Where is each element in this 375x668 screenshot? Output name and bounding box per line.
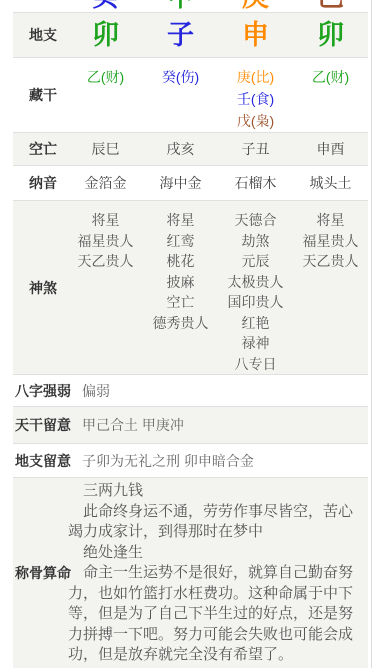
shensha-cell: 天德合 劫煞 元辰 太极贵人 国印贵人 红艳 禄神 八专日 bbox=[218, 201, 293, 374]
canggan-item: 乙(财) bbox=[312, 66, 349, 88]
row-shensha: 神煞 将星 福星贵人 天乙贵人 将星 红鸾 桃花 披麻 空亡 德秀贵人 天德合 bbox=[13, 201, 368, 375]
tiangan-stem: 庚 bbox=[242, 0, 269, 11]
bazi-table: 癸 甲 庚 己 地支 卯 子 申 卯 藏干 乙(财) bbox=[13, 0, 368, 668]
chenggu-content: 三两九钱 此命终身运不通，劳劳作事尽皆空，苦心竭力成家计，到得那时在梦中 绝处逢… bbox=[68, 478, 368, 668]
tiangan-stem-cell: 癸 bbox=[68, 0, 143, 12]
shensha-label: 神煞 bbox=[13, 201, 68, 374]
shensha-item: 元辰 bbox=[242, 251, 270, 272]
canggan-cell: 癸(伤) bbox=[143, 58, 218, 132]
dizhi-branch: 申 bbox=[242, 20, 269, 50]
shensha-cell: 将星 福星贵人 天乙贵人 bbox=[293, 201, 368, 374]
shensha-item: 国印贵人 bbox=[228, 292, 284, 313]
nayin-cell: 城头土 bbox=[293, 166, 368, 200]
shensha-cells: 将星 福星贵人 天乙贵人 将星 红鸾 桃花 披麻 空亡 德秀贵人 天德合 劫煞 … bbox=[68, 201, 368, 374]
tiangan-note-cell: 甲己合土 甲庚冲 bbox=[68, 407, 368, 443]
canggan-cell: 乙(财) bbox=[68, 58, 143, 132]
canggan-item: 乙(财) bbox=[87, 66, 124, 88]
nayin-cells: 金箔金 海中金 石榴木 城头土 bbox=[68, 166, 368, 200]
tiangan-cutoff-cells: 癸 甲 庚 己 bbox=[68, 0, 368, 12]
row-canggan: 藏干 乙(财) 癸(伤) 庚(比) 壬(食) 戊(枭) 乙(财) bbox=[13, 58, 368, 133]
shensha-item: 将星 bbox=[167, 210, 195, 231]
dizhi-cells: 卯 子 申 卯 bbox=[68, 13, 368, 57]
shensha-item: 德秀贵人 bbox=[153, 313, 209, 334]
row-chenggu: 称骨算命 三两九钱 此命终身运不通，劳劳作事尽皆空，苦心竭力成家计，到得那时在梦… bbox=[13, 478, 368, 668]
canggan-cell: 乙(财) bbox=[293, 58, 368, 132]
kongwang-label: 空亡 bbox=[13, 133, 68, 165]
shensha-item: 将星 bbox=[317, 210, 345, 231]
shensha-item: 太极贵人 bbox=[228, 272, 284, 293]
kongwang-cell: 子丑 bbox=[218, 133, 293, 165]
right-edge-line bbox=[371, 0, 372, 668]
dizhi-note-value: 子卯为无礼之刑 卯申暗合金 bbox=[68, 451, 368, 471]
strength-label: 八字强弱 bbox=[13, 375, 68, 406]
shensha-item: 福星贵人 bbox=[78, 231, 134, 252]
dizhi-cell: 申 bbox=[218, 13, 293, 57]
canggan-item: 癸(伤) bbox=[162, 66, 199, 88]
strength-value-cell: 偏弱 bbox=[68, 375, 368, 406]
bazi-page: 癸 甲 庚 己 地支 卯 子 申 卯 藏干 乙(财) bbox=[0, 0, 375, 668]
dizhi-note-cell: 子卯为无礼之刑 卯申暗合金 bbox=[68, 444, 368, 477]
strength-value: 偏弱 bbox=[68, 381, 368, 401]
shensha-item: 劫煞 bbox=[242, 231, 270, 252]
nayin-label: 纳音 bbox=[13, 166, 68, 200]
shensha-cell: 将星 福星贵人 天乙贵人 bbox=[68, 201, 143, 374]
dizhi-cell: 卯 bbox=[68, 13, 143, 57]
canggan-item: 庚(比) bbox=[237, 66, 274, 88]
shensha-item: 桃花 bbox=[167, 251, 195, 272]
kongwang-cell: 戌亥 bbox=[143, 133, 218, 165]
dizhi-cell: 卯 bbox=[293, 13, 368, 57]
shensha-item: 将星 bbox=[92, 210, 120, 231]
dizhi-branch: 卯 bbox=[92, 20, 119, 50]
dizhi-label: 地支 bbox=[13, 13, 68, 57]
row-kongwang: 空亡 辰巳 戌亥 子丑 申酉 bbox=[13, 133, 368, 166]
row-dizhi: 地支 卯 子 申 卯 bbox=[13, 13, 368, 58]
shensha-item: 天乙贵人 bbox=[78, 251, 134, 272]
row-nayin: 纳音 金箔金 海中金 石榴木 城头土 bbox=[13, 166, 368, 201]
nayin-cell: 海中金 bbox=[143, 166, 218, 200]
canggan-cells: 乙(财) 癸(伤) 庚(比) 壬(食) 戊(枭) 乙(财) bbox=[68, 58, 368, 132]
dizhi-branch: 子 bbox=[167, 20, 194, 50]
tiangan-stem-cell: 甲 bbox=[143, 0, 218, 12]
kongwang-cell: 申酉 bbox=[293, 133, 368, 165]
tiangan-stem-cell: 己 bbox=[293, 0, 368, 12]
chenggu-label: 称骨算命 bbox=[13, 478, 68, 668]
canggan-cell: 庚(比) 壬(食) 戊(枭) bbox=[218, 58, 293, 132]
chenggu-weight: 三两九钱 bbox=[68, 481, 364, 502]
kongwang-cell: 辰巳 bbox=[68, 133, 143, 165]
dizhi-note-label: 地支留意 bbox=[13, 444, 68, 477]
chenggu-poem: 此命终身运不通，劳劳作事尽皆空，苦心竭力成家计，到得那时在梦中 bbox=[68, 502, 364, 543]
tiangan-stem: 己 bbox=[317, 0, 344, 11]
shensha-item: 天乙贵人 bbox=[303, 251, 359, 272]
shensha-item: 红艳 bbox=[242, 313, 270, 334]
kongwang-cells: 辰巳 戌亥 子丑 申酉 bbox=[68, 133, 368, 165]
shensha-item: 福星贵人 bbox=[303, 231, 359, 252]
shensha-item: 空亡 bbox=[167, 292, 195, 313]
tiangan-stem: 癸 bbox=[92, 0, 119, 11]
chenggu-note: 绝处逢生 bbox=[68, 543, 364, 564]
shensha-item: 禄神 bbox=[242, 333, 270, 354]
dizhi-branch: 卯 bbox=[317, 20, 344, 50]
tiangan-stem-cell: 庚 bbox=[218, 0, 293, 12]
row-strength: 八字强弱 偏弱 bbox=[13, 375, 368, 407]
shensha-item: 八专日 bbox=[235, 354, 277, 375]
shensha-item: 披麻 bbox=[167, 272, 195, 293]
shensha-item: 天德合 bbox=[235, 210, 277, 231]
nayin-cell: 金箔金 bbox=[68, 166, 143, 200]
row-tiangan-cutoff: 癸 甲 庚 己 bbox=[13, 0, 368, 13]
canggan-item: 壬(食) bbox=[237, 88, 274, 110]
row-dizhi-note: 地支留意 子卯为无礼之刑 卯申暗合金 bbox=[13, 444, 368, 478]
canggan-label: 藏干 bbox=[13, 58, 68, 132]
canggan-item: 戊(枭) bbox=[237, 110, 274, 132]
nayin-cell: 石榴木 bbox=[218, 166, 293, 200]
shensha-item: 红鸾 bbox=[167, 231, 195, 252]
shensha-cell: 将星 红鸾 桃花 披麻 空亡 德秀贵人 bbox=[143, 201, 218, 374]
tiangan-note-label: 天干留意 bbox=[13, 407, 68, 443]
tiangan-note-value: 甲己合土 甲庚冲 bbox=[68, 415, 368, 435]
dizhi-cell: 子 bbox=[143, 13, 218, 57]
tiangan-stem: 甲 bbox=[167, 0, 194, 11]
chenggu-explain: 命主一生运势不是很好，就算自己勤奋努力，也如竹篮打水枉费功。这种命属于中下等，但… bbox=[68, 563, 364, 666]
tiangan-cutoff-label-spacer bbox=[13, 0, 68, 12]
row-tiangan-note: 天干留意 甲己合土 甲庚冲 bbox=[13, 407, 368, 444]
